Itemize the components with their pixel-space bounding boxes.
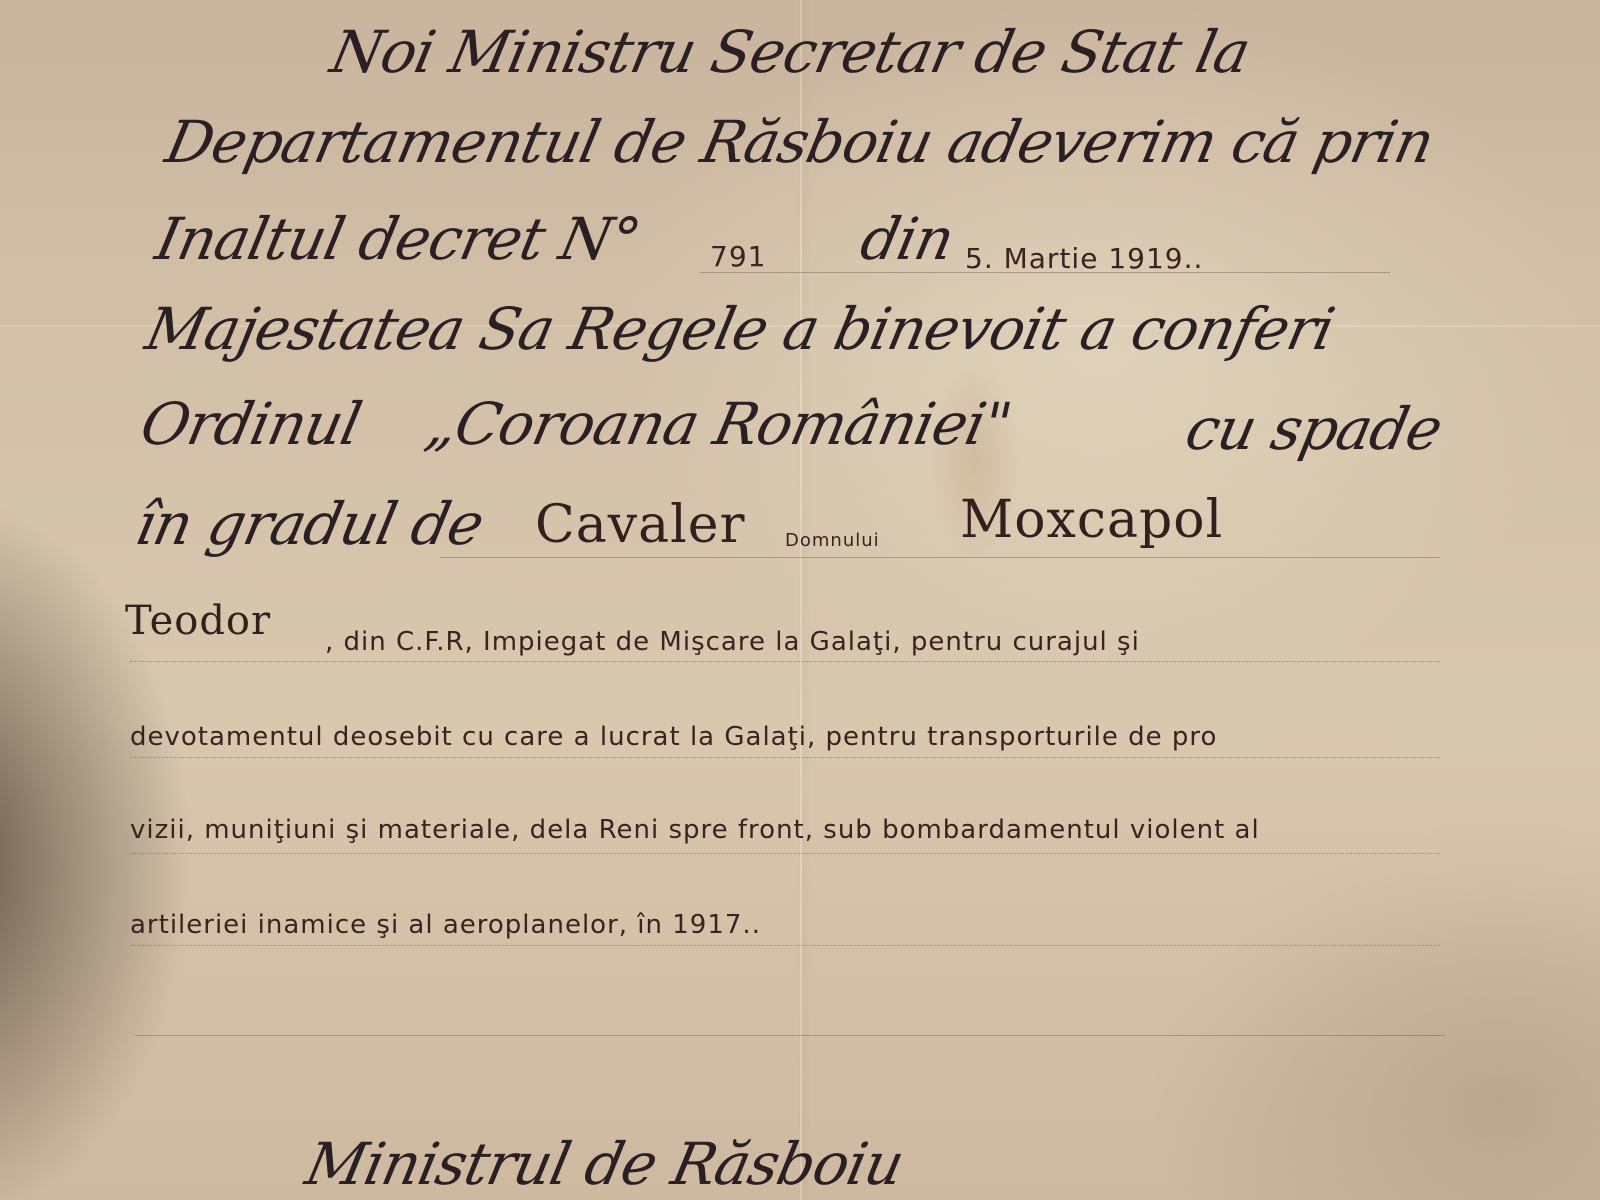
printed-line-4: Majestatea Sa Regele a binevoit a confer…	[140, 295, 1340, 363]
recipient-first-name: Teodor	[125, 598, 271, 644]
rank: Cavaler	[535, 495, 745, 555]
citation-rule-4	[130, 945, 1440, 946]
domnului-label: Domnului	[785, 530, 880, 551]
printed-line-1: Noi Ministru Secretar de Stat la	[325, 18, 1256, 86]
rank-rule	[440, 557, 1440, 558]
recipient-surname: Moxcapol	[960, 490, 1223, 550]
citation-line-3: vizii, muniţiuni şi materiale, dela Reni…	[130, 815, 1260, 845]
printed-line-6-prefix: în gradul de	[130, 490, 489, 558]
vertical-fold-crease	[800, 0, 802, 1200]
printed-line-3-prefix: Inaltul decret N°	[150, 205, 646, 273]
citation-line-4: artileriei inamice şi al aeroplanelor, î…	[130, 910, 761, 940]
citation-rule-2	[130, 757, 1440, 758]
printed-line-2: Departamentul de Răsboiu adeverim că pri…	[160, 108, 1439, 176]
order-name: „Coroana României"	[420, 390, 1017, 458]
decree-date: 5. Martie 1919..	[965, 242, 1203, 275]
decree-number: 791	[710, 240, 766, 273]
printed-line-5-prefix: Ordinul	[135, 390, 367, 458]
citation-rule-3	[130, 853, 1440, 854]
citation-line-2: devotamentul deosebit cu care a lucrat l…	[130, 722, 1217, 752]
decree-rule	[700, 272, 1390, 273]
printed-line-5-suffix: cu spade	[1180, 395, 1448, 463]
printed-line-3-din: din	[855, 205, 960, 273]
signature-title: Ministrul de Răsboiu	[300, 1130, 909, 1198]
citation-rule-1	[130, 661, 1440, 662]
blank-rule	[135, 1035, 1445, 1036]
citation-line-1: , din C.F.R, Impiegat de Mişcare la Gala…	[325, 627, 1140, 657]
